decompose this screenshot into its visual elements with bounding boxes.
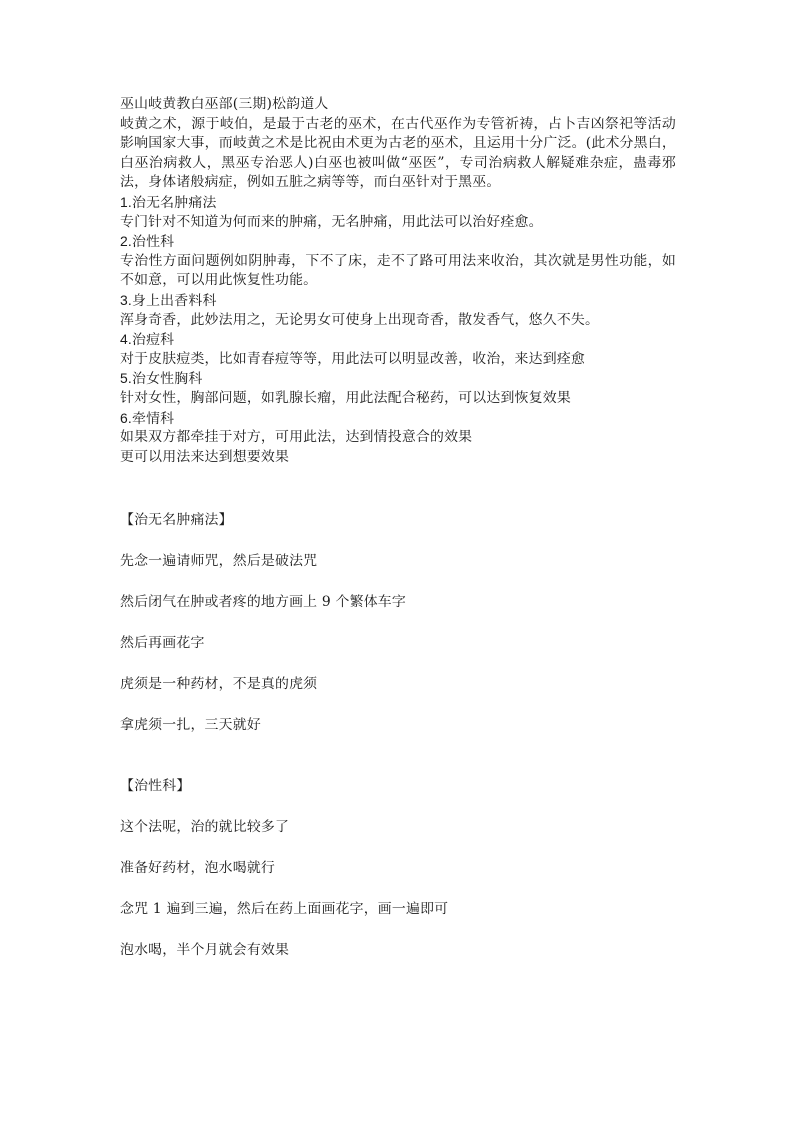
item-heading-4: 4.治痘科 [120,330,676,350]
section-line: 泡水喝，半个月就会有效果 [120,940,676,960]
section-swelling: 【治无名肿痛法】 先念一遍请师咒，然后是破法咒 然后闭气在肿或者疼的地方画上 9… [120,510,676,735]
document-title: 巫山岐黄教白巫部(三期)松韵道人 [120,95,676,115]
item-heading-1: 1.治无名肿痛法 [120,193,676,213]
spacer [120,735,676,776]
section-line: 准备好药材，泡水喝就行 [120,858,676,878]
item-heading-3: 3.身上出香料科 [120,291,676,311]
intro-block: 巫山岐黄教白巫部(三期)松韵道人 岐黄之术，源于岐伯，是最于古老的巫术，在古代巫… [120,95,676,467]
section-heading: 【治性科】 [120,776,676,796]
section-heading: 【治无名肿痛法】 [120,510,676,530]
item-text-6: 如果双方都牵挂于对方，可用此法，达到情投意合的效果 [120,428,676,448]
section-line: 先念一遍请师咒，然后是破法咒 [120,551,676,571]
section-sexual: 【治性科】 这个法呢，治的就比较多了 准备好药材，泡水喝就行 念咒 1 遍到三遍… [120,776,676,960]
section-line: 虎须是一种药材，不是真的虎须 [120,674,676,694]
intro-paragraph: 岐黄之术，源于岐伯，是最于古老的巫术，在古代巫作为专管祈祷，占卜吉凶祭祀等活动影… [120,115,676,193]
item-heading-2: 2.治性科 [120,232,676,252]
item-text-5: 针对女性，胸部问题，如乳腺长瘤，用此法配合秘药，可以达到恢复效果 [120,389,676,409]
closing-line: 更可以用法来达到想要效果 [120,448,676,468]
item-heading-6: 6.牵情科 [120,409,676,429]
item-text-3: 浑身奇香，此妙法用之，无论男女可使身上出现奇香，散发香气，悠久不失。 [120,311,676,331]
section-line: 然后闭气在肿或者疼的地方画上 9 个繁体车字 [120,592,676,612]
item-text-4: 对于皮肤痘类，比如青春痘等等，用此法可以明显改善，收治，来达到痊愈 [120,350,676,370]
section-line: 这个法呢，治的就比较多了 [120,817,676,837]
section-line: 拿虎须一扎，三天就好 [120,715,676,735]
document-page: 巫山岐黄教白巫部(三期)松韵道人 岐黄之术，源于岐伯，是最于古老的巫术，在古代巫… [120,95,676,960]
item-text-1: 专门针对不知道为何而来的肿痛，无名肿痛，用此法可以治好痊愈。 [120,213,676,233]
section-line: 然后再画花字 [120,633,676,653]
item-heading-5: 5.治女性胸科 [120,369,676,389]
item-text-2: 专治性方面问题例如阴肿毒，下不了床，走不了路可用法来收治，其次就是男性功能，如不… [120,252,676,291]
section-line: 念咒 1 遍到三遍，然后在药上面画花字，画一遍即可 [120,899,676,919]
spacer [120,467,676,510]
